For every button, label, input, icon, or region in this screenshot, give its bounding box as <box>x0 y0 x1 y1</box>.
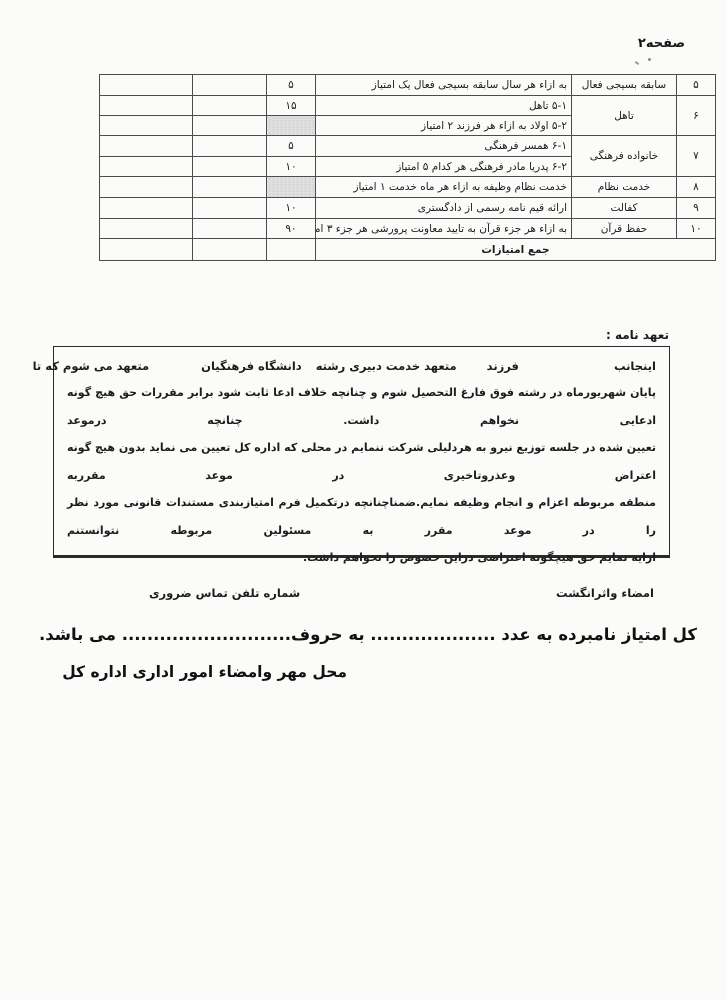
empty-cell <box>100 239 193 261</box>
category-cell: سابقه بسیجی فعال <box>572 75 677 96</box>
empty-cell <box>193 177 267 198</box>
scan-speck <box>648 58 651 61</box>
empty-cell <box>193 116 267 136</box>
commitment-fill-in-line: اینجانب فرزند متعهد خدمت دبیری رشته دانش… <box>67 359 656 373</box>
category-cell: خدمت نظام <box>572 177 677 198</box>
empty-cell <box>193 198 267 219</box>
category-cell: کفالت <box>572 198 677 219</box>
empty-cell <box>193 96 267 116</box>
empty-cell <box>193 239 267 261</box>
empty-cell <box>193 157 267 177</box>
injaneb-label: اینجانب <box>614 359 656 373</box>
motahed-misham-label: متعهد می شوم که تا <box>33 359 150 373</box>
empty-cell <box>100 75 193 96</box>
description-cell: خدمت نظام وظیفه به ازاء هر ماه خدمت ۱ ام… <box>316 177 572 198</box>
total-row: جمع امتیازات <box>100 239 716 261</box>
commitment-paragraph-line: تعیین شده در جلسه توزیع نیرو به هردلیلی … <box>67 434 656 489</box>
commitment-paragraph-line: پایان شهریورماه در رشته فوق فارغ التحصیل… <box>67 379 656 434</box>
category-cell: تاهل <box>572 96 677 136</box>
commitment-heading: تعهد نامه : <box>606 328 669 342</box>
description-cell: ۶-۱ همسر فرهنگی <box>316 136 572 157</box>
table-row: ۶ تاهل ۵-۱ تاهل ۱۵ <box>100 96 716 116</box>
description-cell: به ازاء هر سال سابقه بسیجی فعال یک امتیا… <box>316 75 572 96</box>
points-cell: ۹۰ <box>267 219 316 239</box>
table-row: ۱۰ حفظ قرآن به ازاء هر جزء قرآن به تایید… <box>100 219 716 239</box>
points-cell: ۱۵ <box>267 96 316 116</box>
description-cell: ۵-۲ اولاد به ازاء هر فرزند ۲ امتیاز <box>316 116 572 136</box>
emergency-phone-label: شماره تلفن تماس ضروری <box>149 586 300 600</box>
points-cell-shaded <box>267 177 316 198</box>
daneshgah-label: دانشگاه فرهنگیان <box>201 359 302 373</box>
table-row: ۹ کفالت ارائه قیم نامه رسمی از دادگستری … <box>100 198 716 219</box>
scan-speck <box>635 61 639 65</box>
row-number-cell: ۶ <box>677 96 716 136</box>
empty-cell <box>100 219 193 239</box>
empty-cell <box>100 198 193 219</box>
empty-cell <box>100 177 193 198</box>
row-number-cell: ۸ <box>677 177 716 198</box>
scores-table: ۵ سابقه بسیجی فعال به ازاء هر سال سابقه … <box>99 74 716 261</box>
row-number-cell: ۵ <box>677 75 716 96</box>
empty-cell <box>100 157 193 177</box>
row-number-cell: ۱۰ <box>677 219 716 239</box>
commitment-box: اینجانب فرزند متعهد خدمت دبیری رشته دانش… <box>53 346 670 558</box>
table-row: ۷ خانواده فرهنگی ۶-۱ همسر فرهنگی ۵ <box>100 136 716 157</box>
empty-cell <box>100 116 193 136</box>
table-row: ۵ سابقه بسیجی فعال به ازاء هر سال سابقه … <box>100 75 716 96</box>
description-cell: ۵-۱ تاهل <box>316 96 572 116</box>
empty-cell <box>100 136 193 157</box>
empty-cell <box>100 96 193 116</box>
row-number-cell: ۷ <box>677 136 716 177</box>
row-number-cell: ۹ <box>677 198 716 219</box>
page-number-label: صفحه۲ <box>638 36 685 51</box>
signature-row: امضاء واثرانگشت شماره تلفن تماس ضروری <box>67 586 656 608</box>
commitment-paragraph: پایان شهریورماه در رشته فوق فارغ التحصیل… <box>67 379 656 572</box>
commitment-paragraph-line: ارایه نمایم حق هیچگونه اعتراضی دراین خصو… <box>67 544 656 572</box>
category-cell: خانواده فرهنگی <box>572 136 677 177</box>
category-cell: حفظ قرآن <box>572 219 677 239</box>
points-cell: ۱۰ <box>267 157 316 177</box>
signature-fingerprint-label: امضاء واثرانگشت <box>556 586 654 600</box>
motahed-reshteh-label: متعهد خدمت دبیری رشته <box>316 359 457 373</box>
farzand-label: فرزند <box>487 359 519 373</box>
total-points-cell <box>267 239 316 261</box>
stamp-signature-line: محل مهر وامضاء امور اداری اداره کل <box>62 663 347 681</box>
empty-cell <box>193 136 267 157</box>
commitment-paragraph-line: منطقه مربوطه اعزام و انجام وظیفه نمایم.ض… <box>67 489 656 544</box>
total-score-line: کل امتیاز نامبرده به عدد ...............… <box>39 625 697 644</box>
points-cell-shaded <box>267 116 316 136</box>
description-cell: به ازاء هر جزء قرآن به تایید معاونت پرور… <box>316 219 572 239</box>
empty-cell <box>193 75 267 96</box>
empty-cell <box>193 219 267 239</box>
points-cell: ۵ <box>267 75 316 96</box>
points-cell: ۱۰ <box>267 198 316 219</box>
table-row: ۸ خدمت نظام خدمت نظام وظیفه به ازاء هر م… <box>100 177 716 198</box>
description-cell: ارائه قیم نامه رسمی از دادگستری <box>316 198 572 219</box>
points-cell: ۵ <box>267 136 316 157</box>
total-label: جمع امتیازات <box>316 239 716 261</box>
description-cell: ۶-۲ پدریا مادر فرهنگی هر کدام ۵ امتیاز <box>316 157 572 177</box>
